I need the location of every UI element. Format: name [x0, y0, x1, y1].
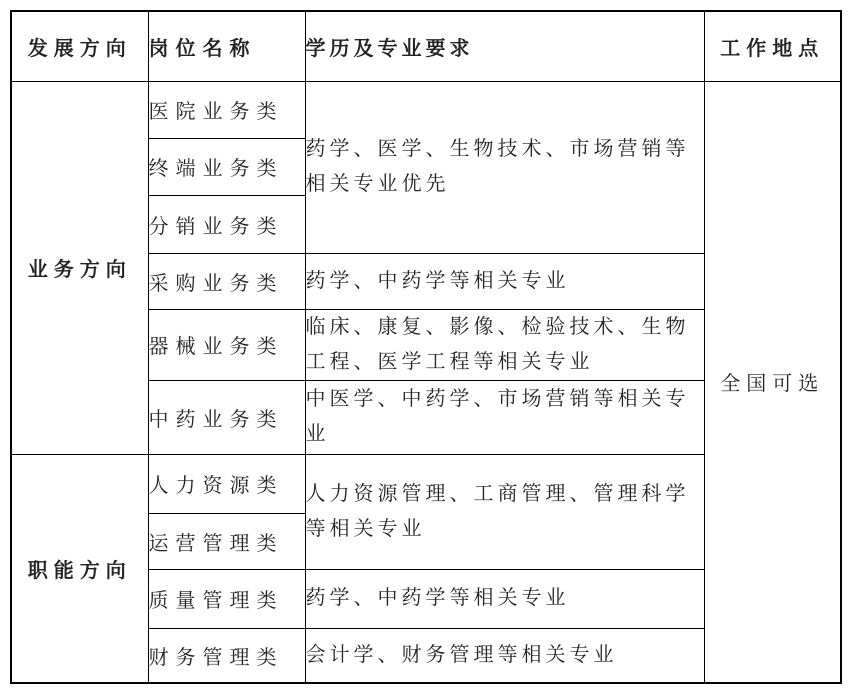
cell-position-tcm: 中药业务类: [148, 380, 305, 454]
cell-position-distribution: 分销业务类: [148, 195, 305, 253]
header-requirement: 学历及专业要求: [305, 11, 704, 81]
cell-position-hr: 人力资源类: [148, 454, 305, 513]
cell-position-device: 器械业务类: [148, 309, 305, 380]
cell-position-finance: 财务管理类: [148, 628, 305, 683]
recruitment-table: 发展方向 岗位名称 学历及专业要求 工作地点 业务方向 医院业务类 药学、医学、…: [10, 10, 842, 684]
cell-direction-business: 业务方向: [11, 81, 148, 454]
cell-position-procurement: 采购业务类: [148, 253, 305, 309]
cell-requirement-finance: 会计学、财务管理等相关专业: [305, 628, 704, 683]
cell-position-hospital: 医院业务类: [148, 81, 305, 138]
cell-requirement-tcm: 中医学、中药学、市场营销等相关专业: [305, 380, 704, 454]
cell-requirement-device: 临床、康复、影像、检验技术、生物工程、医学工程等相关专业: [305, 309, 704, 380]
cell-position-quality: 质量管理类: [148, 569, 305, 628]
cell-position-terminal: 终端业务类: [148, 138, 305, 195]
document-page: 发展方向 岗位名称 学历及专业要求 工作地点 业务方向 医院业务类 药学、医学、…: [0, 0, 863, 693]
cell-position-operations: 运营管理类: [148, 513, 305, 569]
header-direction: 发展方向: [11, 11, 148, 81]
header-position: 岗位名称: [148, 11, 305, 81]
cell-requirement-pharma-medical: 药学、医学、生物技术、市场营销等相关专业优先: [305, 81, 704, 253]
cell-direction-functional: 职能方向: [11, 454, 148, 683]
header-location: 工作地点: [704, 11, 841, 81]
header-row: 发展方向 岗位名称 学历及专业要求 工作地点: [11, 11, 841, 81]
cell-requirement-procurement: 药学、中药学等相关专业: [305, 253, 704, 309]
table-row: 业务方向 医院业务类 药学、医学、生物技术、市场营销等相关专业优先 全国可选: [11, 81, 841, 138]
cell-requirement-quality: 药学、中药学等相关专业: [305, 569, 704, 628]
cell-location-nationwide: 全国可选: [704, 81, 841, 683]
cell-requirement-hr-mgmt: 人力资源管理、工商管理、管理科学等相关专业: [305, 454, 704, 569]
